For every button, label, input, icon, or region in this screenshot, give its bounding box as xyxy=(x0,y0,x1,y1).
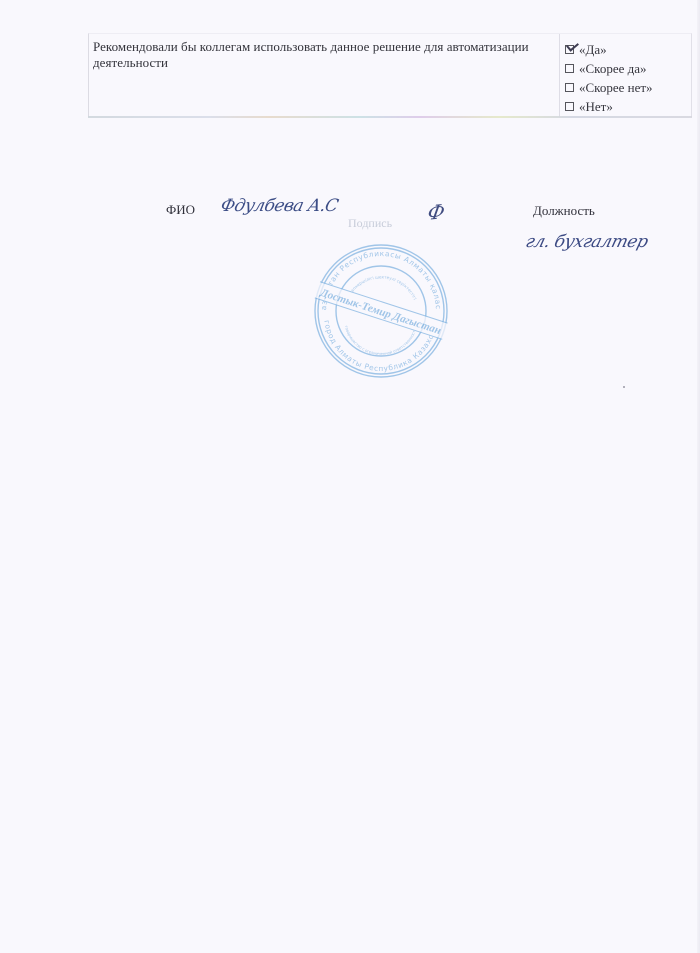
svg-text:товарищество с ограниченной от: товарищество с ограниченной ответственно… xyxy=(344,325,418,356)
table-bottom-border xyxy=(88,116,692,118)
option-label: «Скорее да» xyxy=(579,61,647,77)
answer-cell: «Да» «Скорее да» «Скорее нет» «Нет» xyxy=(559,34,693,117)
signature-mark: Ф xyxy=(426,199,447,225)
fio-handwritten-value: Фдулбева А.С xyxy=(219,196,340,216)
option-rather-yes[interactable]: «Скорее да» xyxy=(564,59,693,78)
company-stamp: Қазақстан Республикасы Алматы қаласы гор… xyxy=(312,242,450,380)
checkbox-icon[interactable] xyxy=(565,83,574,92)
signature-caption: Подпись xyxy=(348,216,392,231)
option-label: «Нет» xyxy=(579,99,613,115)
position-label: Должность xyxy=(533,203,595,219)
option-no[interactable]: «Нет» xyxy=(564,97,693,116)
option-label: «Скорее нет» xyxy=(579,80,653,96)
checkbox-icon[interactable] xyxy=(565,45,574,54)
checkbox-icon[interactable] xyxy=(565,102,574,111)
question-cell: Рекомендовали бы коллегам использовать д… xyxy=(89,34,559,117)
option-yes[interactable]: «Да» xyxy=(564,40,693,59)
position-handwritten-value: гл. бухгалтер xyxy=(524,232,650,252)
fio-label: ФИО xyxy=(166,202,195,218)
stamp-seal-icon: Қазақстан Республикасы Алматы қаласы гор… xyxy=(312,242,450,380)
survey-table: Рекомендовали бы коллегам использовать д… xyxy=(88,33,692,117)
option-label: «Да» xyxy=(579,42,607,58)
scan-speck xyxy=(623,386,625,388)
checkbox-icon[interactable] xyxy=(565,64,574,73)
option-rather-no[interactable]: «Скорее нет» xyxy=(564,78,693,97)
